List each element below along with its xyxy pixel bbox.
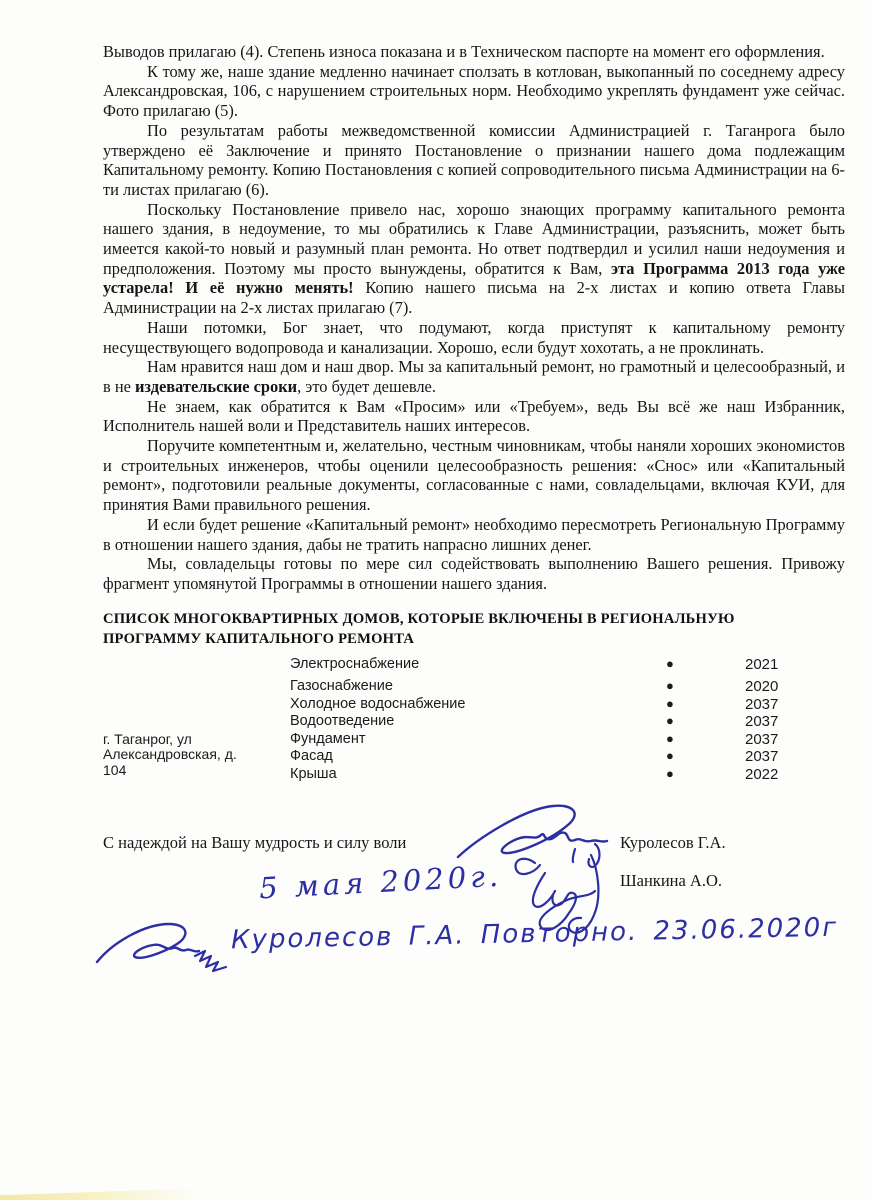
- bullet-icon: ●: [666, 713, 674, 728]
- service-year: 2021: [745, 656, 778, 673]
- service-label: Газоснабжение: [290, 678, 393, 694]
- bullet-icon: ●: [666, 656, 674, 671]
- emphasis-bold: издевательские сроки: [135, 377, 297, 396]
- paragraph: Не знаем, как обратится к Вам «Просим» и…: [103, 397, 845, 436]
- bullet-icon: ●: [666, 748, 674, 763]
- service-year: 2037: [745, 713, 778, 730]
- table-row: Фасад ● 2037: [290, 748, 845, 765]
- page-content: Выводов прилагаю (4). Степень износа пок…: [103, 42, 845, 998]
- service-year: 2037: [745, 748, 778, 765]
- paragraph: Мы, совладельцы готовы по мере сил содей…: [103, 554, 845, 593]
- table-row: Водоотведение ● 2037: [290, 713, 845, 730]
- paragraph: По результатам работы межведомственной к…: [103, 121, 845, 200]
- signature-block: С надеждой на Вашу мудрость и силу воли …: [103, 783, 845, 998]
- bullet-icon: ●: [666, 731, 674, 746]
- paragraph: Поскольку Постановление привело нас, хор…: [103, 200, 845, 318]
- paragraph: Выводов прилагаю (4). Степень износа пок…: [103, 42, 845, 62]
- closing-phrase: С надеждой на Вашу мудрость и силу воли: [103, 833, 406, 853]
- service-label: Электроснабжение: [290, 656, 419, 672]
- signature-repeat-icon: [93, 912, 238, 984]
- paragraph: И если будет решение «Капитальный ремонт…: [103, 515, 845, 554]
- service-label: Крыша: [290, 766, 337, 782]
- service-label: Водоотведение: [290, 713, 394, 729]
- handwritten-note: Куролесов Г.А. Повторно. 23.06.2020г: [231, 912, 839, 955]
- paragraph: Нам нравится наш дом и наш двор. Мы за к…: [103, 357, 845, 396]
- table-row: Фундамент ● 2037: [290, 731, 845, 748]
- table-row: Крыша ● 2022: [290, 766, 845, 783]
- bullet-icon: ●: [666, 678, 674, 693]
- table-row: Холодное водоснабжение ● 2037: [290, 696, 845, 713]
- document-page: Выводов прилагаю (4). Степень износа пок…: [0, 0, 873, 1200]
- service-year: 2022: [745, 766, 778, 783]
- paragraph: Поручите компетентным и, желательно, чес…: [103, 436, 845, 515]
- signer-name: Шанкина А.О.: [620, 871, 722, 891]
- building-address: г. Таганрог, ул Александровская, д. 104: [103, 732, 243, 779]
- table-row: Электроснабжение ● 2021: [290, 656, 845, 673]
- service-label: Фасад: [290, 748, 333, 764]
- service-label: Фундамент: [290, 731, 366, 747]
- service-year: 2037: [745, 696, 778, 713]
- paragraph: К тому же, наше здание медленно начинает…: [103, 62, 845, 121]
- signer-name: Куролесов Г.А.: [620, 833, 726, 853]
- bullet-icon: ●: [666, 696, 674, 711]
- service-year: 2037: [745, 731, 778, 748]
- letter-body: Выводов прилагаю (4). Степень износа пок…: [103, 42, 845, 594]
- paragraph-text: , это будет дешевле.: [297, 377, 436, 396]
- program-table: г. Таганрог, ул Александровская, д. 104 …: [103, 651, 845, 783]
- scan-artifact: [0, 1188, 197, 1200]
- program-list-heading: СПИСОК МНОГОКВАРТИРНЫХ ДОМОВ, КОТОРЫЕ ВК…: [103, 609, 803, 649]
- bullet-icon: ●: [666, 766, 674, 781]
- table-row: Газоснабжение ● 2020: [290, 678, 845, 695]
- service-label: Холодное водоснабжение: [290, 696, 465, 712]
- paragraph: Наши потомки, Бог знает, что подумают, к…: [103, 318, 845, 357]
- handwritten-date: 5 мая 2020г.: [258, 858, 503, 905]
- service-year: 2020: [745, 678, 778, 695]
